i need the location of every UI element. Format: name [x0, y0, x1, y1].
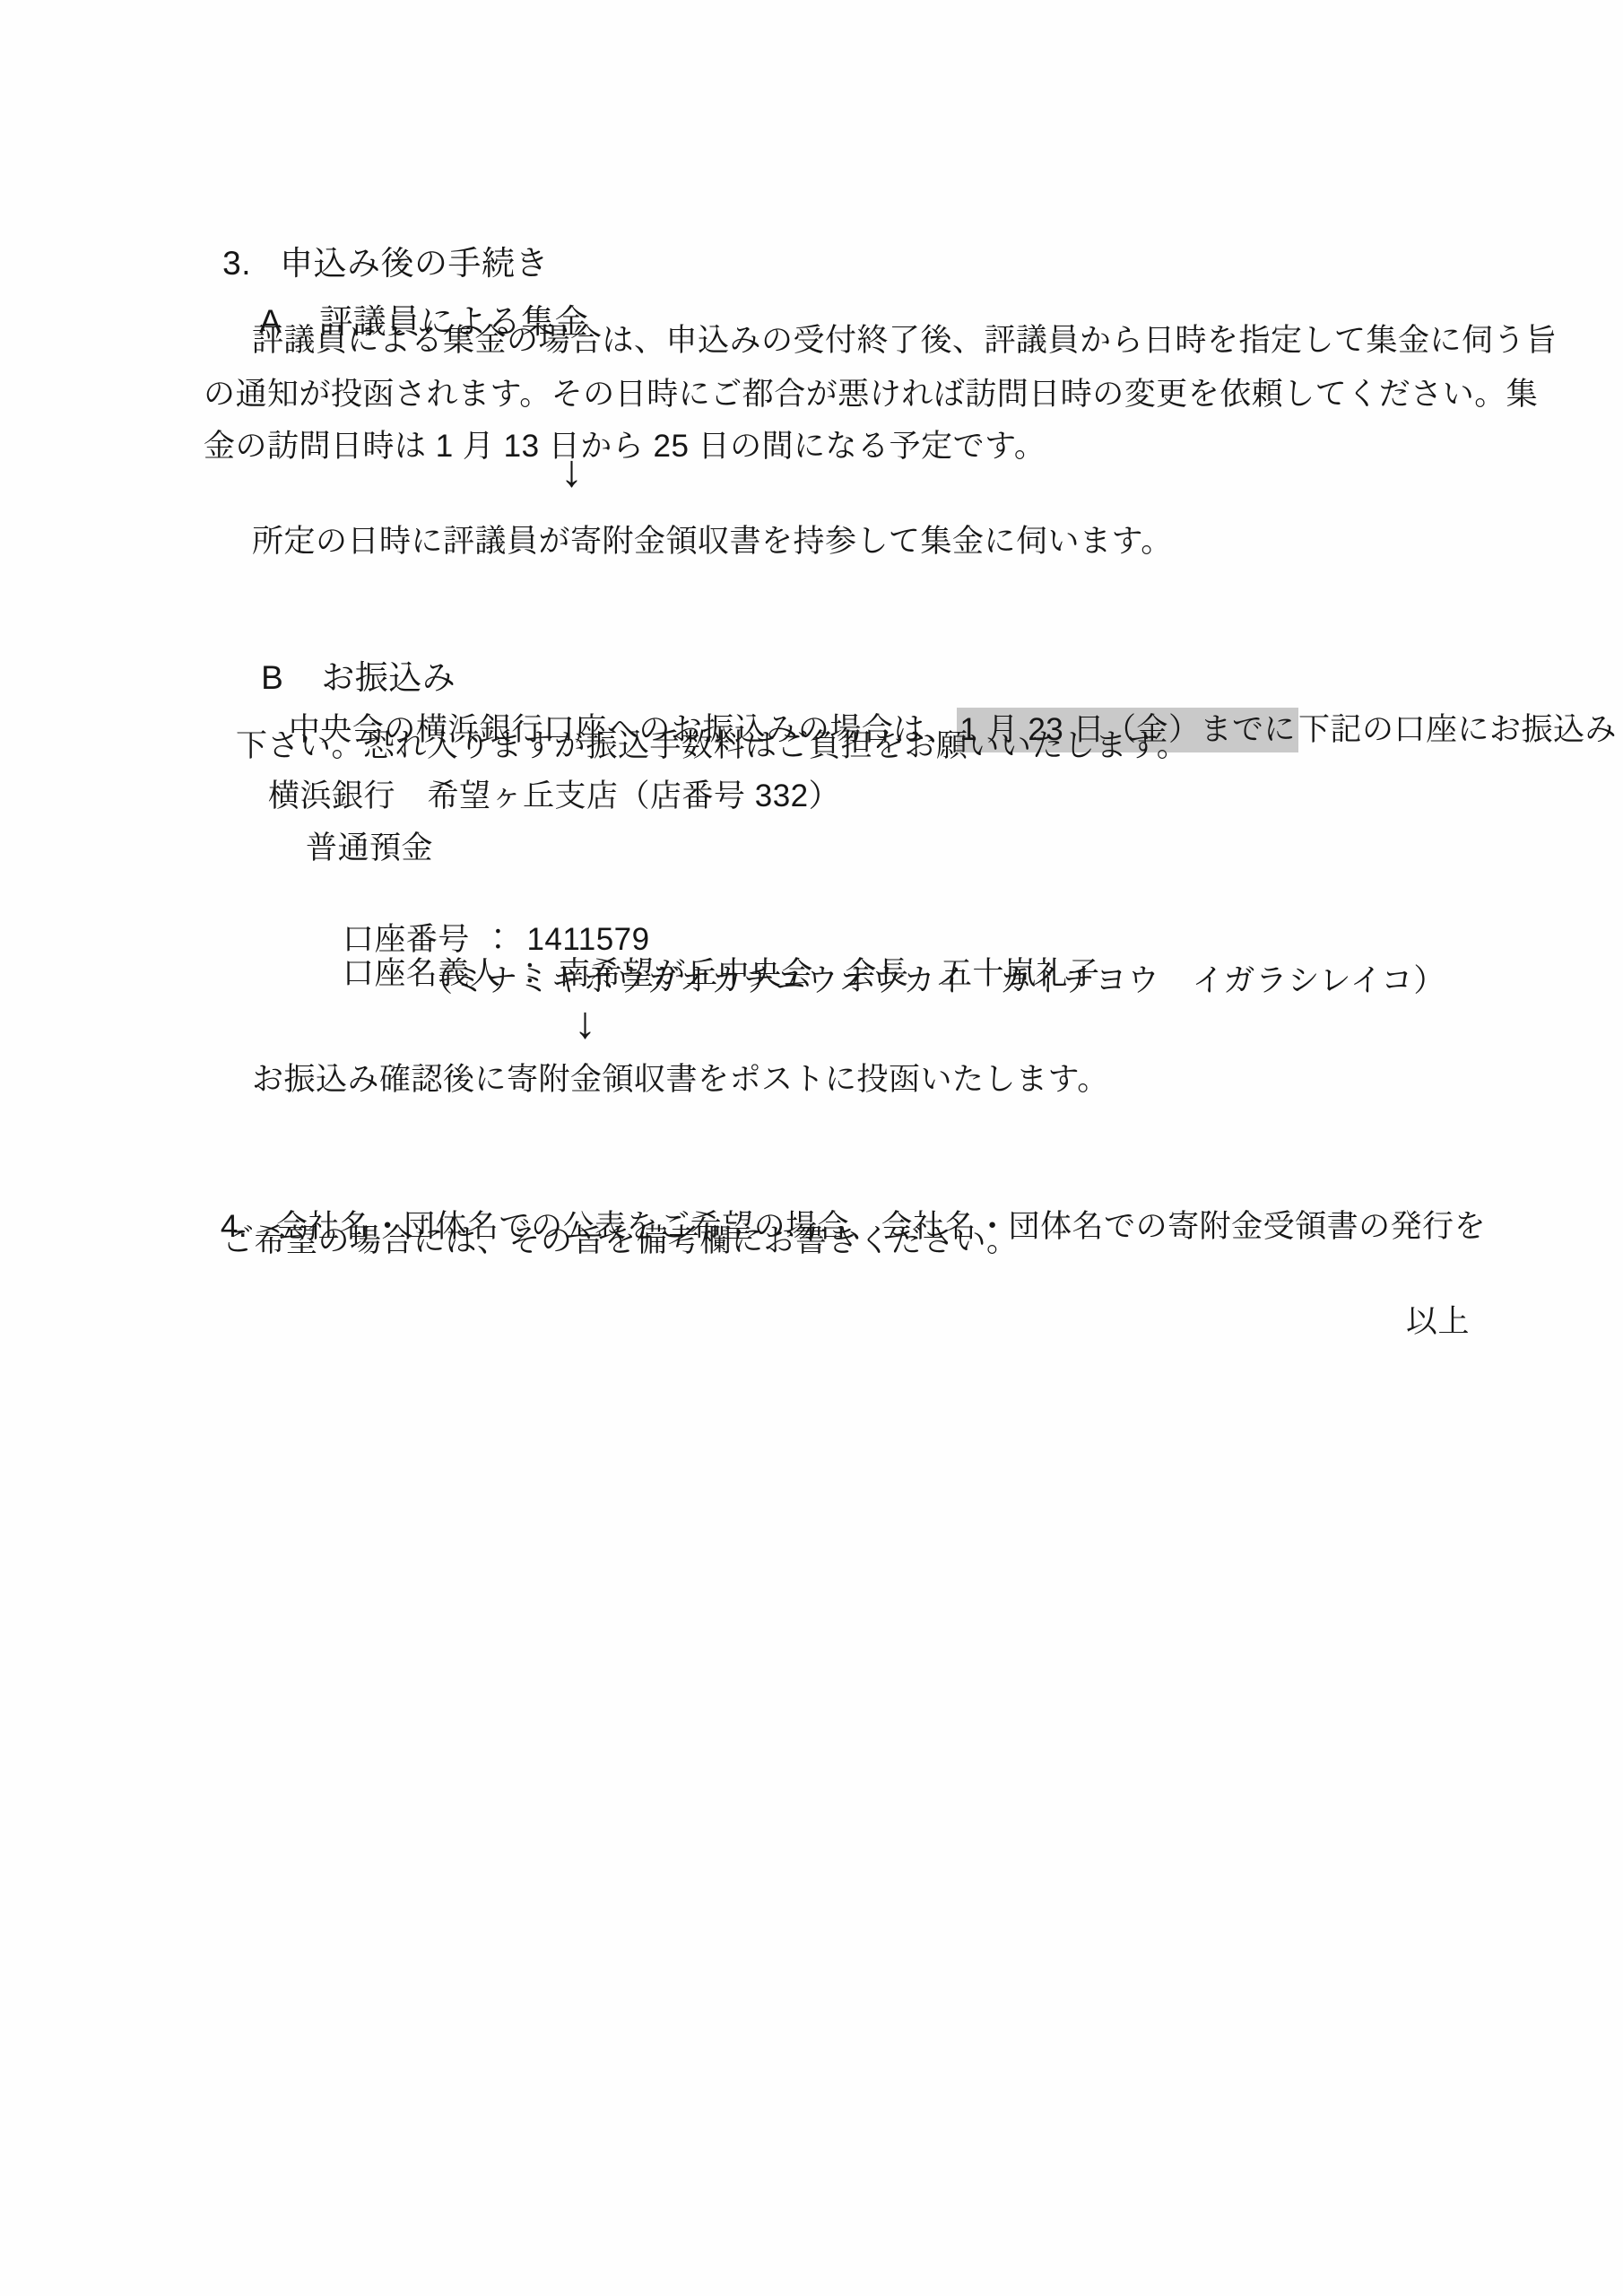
account-holder-kana-line: （ミナミキボウガオカチユウオウカイ カイチヨウ イガラシレイコ）: [421, 961, 1445, 1001]
item-a-result-line: 所定の日時に評議員が寄附金領収書を持参して集金に伺います。: [252, 522, 1173, 561]
account-type-line: 普通預金: [306, 829, 433, 868]
scanned-document-page: 3.申込み後の手続き A評議員による集金 評議員による集金の場合は、申込みの受付…: [0, 0, 1623, 2296]
item-a-paragraph-line2: の通知が投函されます。その日時にご都合が悪ければ訪問日時の変更を依頼してください…: [204, 375, 1538, 414]
bank-branch-line: 横浜銀行 希望ヶ丘支店（店番号 332）: [268, 777, 840, 816]
closing-mark: 以上: [1406, 1302, 1470, 1342]
down-arrow-icon: ↓: [560, 448, 583, 493]
item-b-line1-after: 下記の口座にお振込み: [1298, 712, 1617, 747]
down-arrow-icon: ↓: [574, 1000, 596, 1045]
item-a-paragraph-line1: 評議員による集金の場合は、申込みの受付終了後、評議員から日時を指定して集金に伺う…: [252, 321, 1558, 361]
item-a-paragraph-line3: 金の訪問日時は 1 月 13 日から 25 日の間になる予定です。: [204, 427, 1046, 466]
item-b-paragraph-line2: 下さい。恐れ入りますが振込手数料はご負担をお願いいたします。: [236, 726, 1188, 766]
section4-line2: ご希望の場合には、その旨を備考欄にお書きください。: [222, 1222, 1019, 1261]
item-b-result-line: お振込み確認後に寄附金領収書をポストに投函いたします。: [252, 1060, 1109, 1100]
